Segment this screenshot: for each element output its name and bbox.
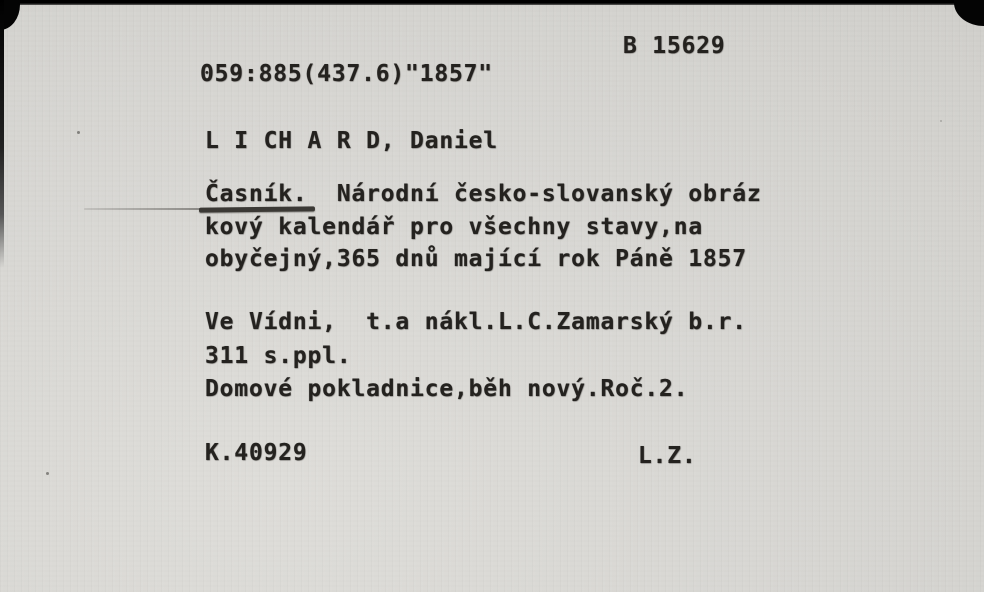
series-note-line: Domové pokladnice,běh nový.Roč.2. <box>205 376 688 402</box>
ink-speck <box>46 472 49 475</box>
classification-number: 059:885(437.6)"1857" <box>200 61 493 87</box>
imprint-line: Ve Vídni, t.a nákl.L.C.Zamarský b.r. <box>205 309 747 335</box>
cataloguer-initials: L.Z. <box>638 443 697 469</box>
ink-speck <box>940 120 942 122</box>
title-underlined-word: Časník. <box>205 181 308 207</box>
pencil-line-mark <box>84 208 206 210</box>
scanned-catalog-card: B 15629 059:885(437.6)"1857" L I CH A R … <box>0 0 984 592</box>
accession-number: B 15629 <box>623 33 726 59</box>
scan-edge-left <box>0 0 4 268</box>
collation-line: 311 s.ppl. <box>205 343 351 369</box>
author-heading: L I CH A R D, Daniel <box>205 128 498 154</box>
catalog-card-surface: B 15629 059:885(437.6)"1857" L I CH A R … <box>0 0 984 592</box>
control-number: K.40929 <box>205 440 308 466</box>
ink-speck <box>77 131 80 134</box>
title-line-1: Časník. Národní česko-slovanský obráz <box>205 181 762 207</box>
title-line-1-rest: Národní česko-slovanský obráz <box>308 181 762 207</box>
title-underline-mark <box>199 206 315 212</box>
title-line-2: kový kalendář pro všechny stavy,na <box>205 214 703 240</box>
title-line-3: obyčejný,365 dnů mající rok Páně 1857 <box>205 246 747 272</box>
scan-edge-top <box>0 0 984 5</box>
